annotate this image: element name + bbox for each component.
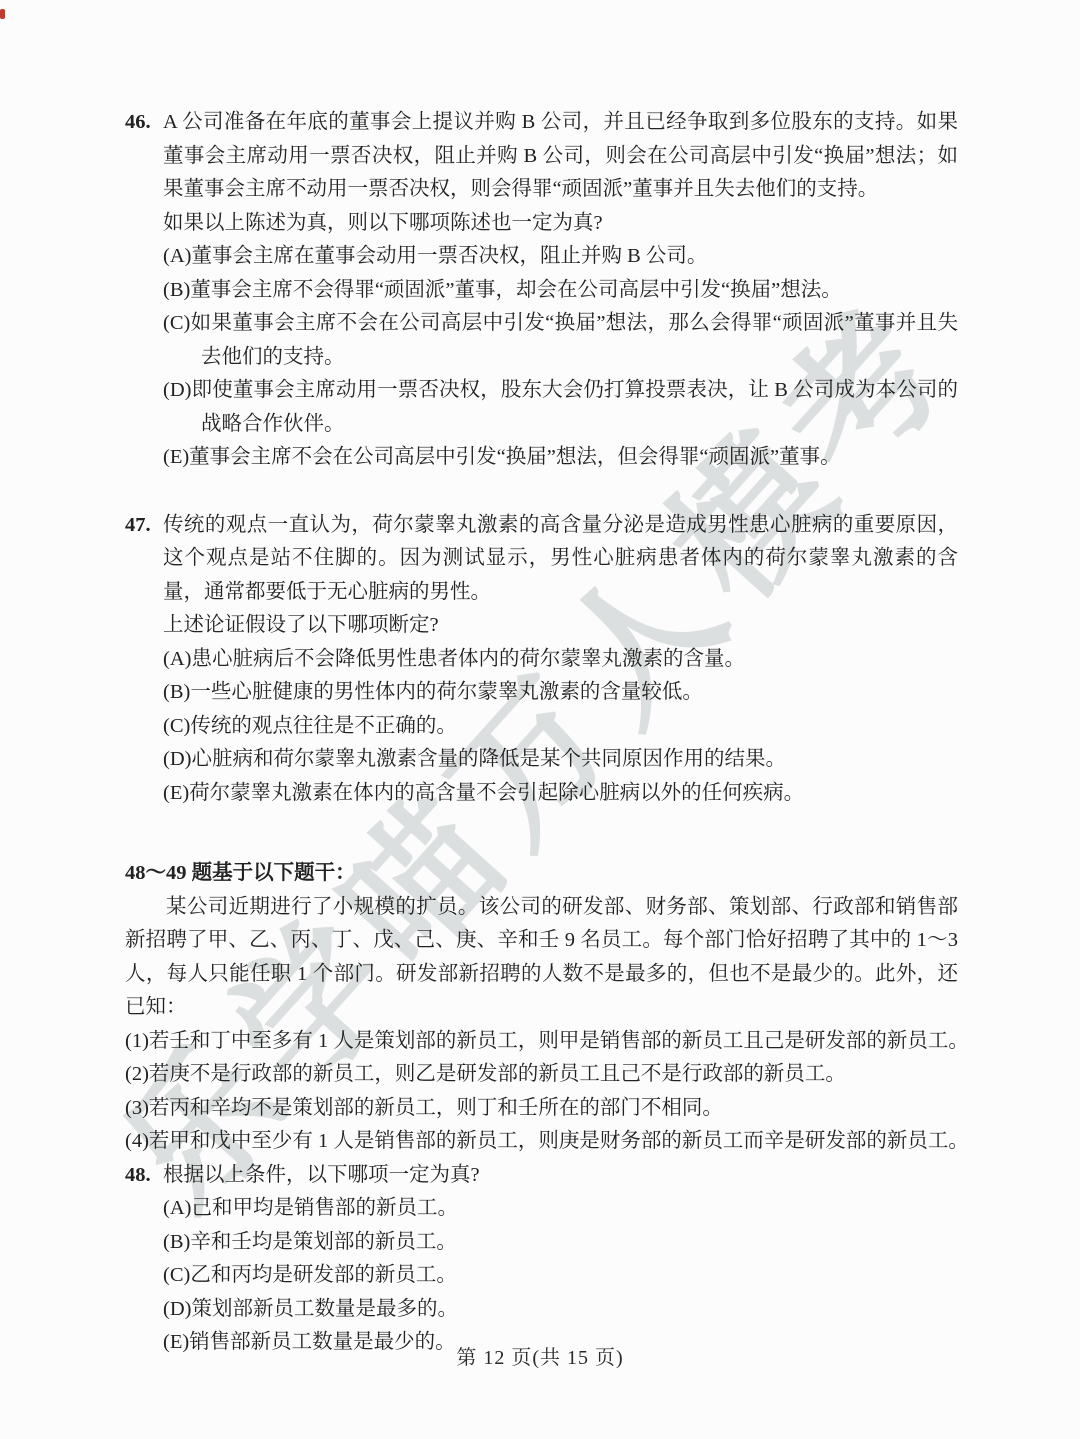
question-47-option-d: (D)心脏病和荷尔蒙睾丸激素含量的降低是某个共同原因作用的结果。 — [163, 743, 958, 777]
question-47-number: 47. — [125, 509, 163, 543]
question-46-option-e: (E)董事会主席不会在公司高层中引发“换届”想法，但会得罪“顽固派”董事。 — [163, 441, 958, 475]
question-46-prompt: 如果以上陈述为真，则以下哪项陈述也一定为真? — [163, 207, 958, 241]
group-48-49-stem: 某公司近期进行了小规模的扩员。该公司的研发部、财务部、策划部、行政部和销售部新招… — [125, 891, 958, 1025]
question-47-option-b: (B)一些心脏健康的男性体内的荷尔蒙睾丸激素的含量较低。 — [163, 676, 958, 710]
question-46-option-d: (D)即使董事会主席动用一票否决权，股东大会仍打算投票表决，让 B 公司成为本公… — [163, 374, 958, 441]
group-condition-1: (1)若壬和丁中至多有 1 人是策划部的新员工，则甲是销售部的新员工且己是研发部… — [125, 1025, 958, 1059]
question-48-body: 根据以上条件，以下哪项一定为真? (A)己和甲均是销售部的新员工。 (B)辛和壬… — [163, 1159, 958, 1360]
group-48-49-header: 48～49 题基于以下题干： — [125, 857, 958, 891]
question-46: 46. A 公司准备在年底的董事会上提议并购 B 公司，并且已经争取到多位股东的… — [125, 106, 958, 475]
question-46-option-b: (B)董事会主席不会得罪“顽固派”董事，却会在公司高层中引发“换届”想法。 — [163, 274, 958, 308]
question-48-option-a: (A)己和甲均是销售部的新员工。 — [163, 1192, 958, 1226]
question-47-option-e: (E)荷尔蒙睾丸激素在体内的高含量不会引起除心脏病以外的任何疾病。 — [163, 777, 958, 811]
group-condition-4: (4)若甲和戊中至少有 1 人是销售部的新员工，则庚是财务部的新员工而辛是研发部… — [125, 1125, 958, 1159]
scan-artifact-red-mark — [0, 9, 5, 19]
exam-page: 乐学喵万人模考 46. A 公司准备在年底的董事会上提议并购 B 公司，并且已经… — [0, 0, 1080, 1439]
question-48-number: 48. — [125, 1159, 163, 1193]
question-46-option-a: (A)董事会主席在董事会动用一票否决权，阻止并购 B 公司。 — [163, 240, 958, 274]
group-48-49: 48～49 题基于以下题干： 某公司近期进行了小规模的扩员。该公司的研发部、财务… — [125, 857, 958, 1159]
question-48-option-c: (C)乙和丙均是研发部的新员工。 — [163, 1259, 958, 1293]
question-46-stem: A 公司准备在年底的董事会上提议并购 B 公司，并且已经争取到多位股东的支持。如… — [163, 106, 958, 207]
question-48: 48. 根据以上条件，以下哪项一定为真? (A)己和甲均是销售部的新员工。 (B… — [125, 1159, 958, 1360]
page-footer: 第 12 页(共 15 页) — [0, 1341, 1080, 1370]
spacer — [125, 810, 958, 857]
question-47-body: 传统的观点一直认为，荷尔蒙睾丸激素的高含量分泌是造成男性患心脏病的重要原因，这个… — [163, 509, 958, 811]
question-48-prompt: 根据以上条件，以下哪项一定为真? — [163, 1159, 958, 1193]
group-condition-2: (2)若庚不是行政部的新员工，则乙是研发部的新员工且己不是行政部的新员工。 — [125, 1058, 958, 1092]
question-47-prompt: 上述论证假设了以下哪项断定? — [163, 609, 958, 643]
question-48-option-b: (B)辛和壬均是策划部的新员工。 — [163, 1226, 958, 1260]
question-47-option-a: (A)患心脏病后不会降低男性患者体内的荷尔蒙睾丸激素的含量。 — [163, 643, 958, 677]
spacer — [125, 475, 958, 509]
page-content: 46. A 公司准备在年底的董事会上提议并购 B 公司，并且已经争取到多位股东的… — [125, 106, 958, 1360]
question-48-option-d: (D)策划部新员工数量是最多的。 — [163, 1293, 958, 1327]
question-46-number: 46. — [125, 106, 163, 140]
question-47-option-c: (C)传统的观点往往是不正确的。 — [163, 710, 958, 744]
question-46-option-c: (C)如果董事会主席不会在公司高层中引发“换届”想法，那么会得罪“顽固派”董事并… — [163, 307, 958, 374]
question-47-stem: 传统的观点一直认为，荷尔蒙睾丸激素的高含量分泌是造成男性患心脏病的重要原因，这个… — [163, 509, 958, 610]
question-47: 47. 传统的观点一直认为，荷尔蒙睾丸激素的高含量分泌是造成男性患心脏病的重要原… — [125, 509, 958, 811]
group-condition-3: (3)若丙和辛均不是策划部的新员工，则丁和壬所在的部门不相同。 — [125, 1092, 958, 1126]
question-46-body: A 公司准备在年底的董事会上提议并购 B 公司，并且已经争取到多位股东的支持。如… — [163, 106, 958, 475]
